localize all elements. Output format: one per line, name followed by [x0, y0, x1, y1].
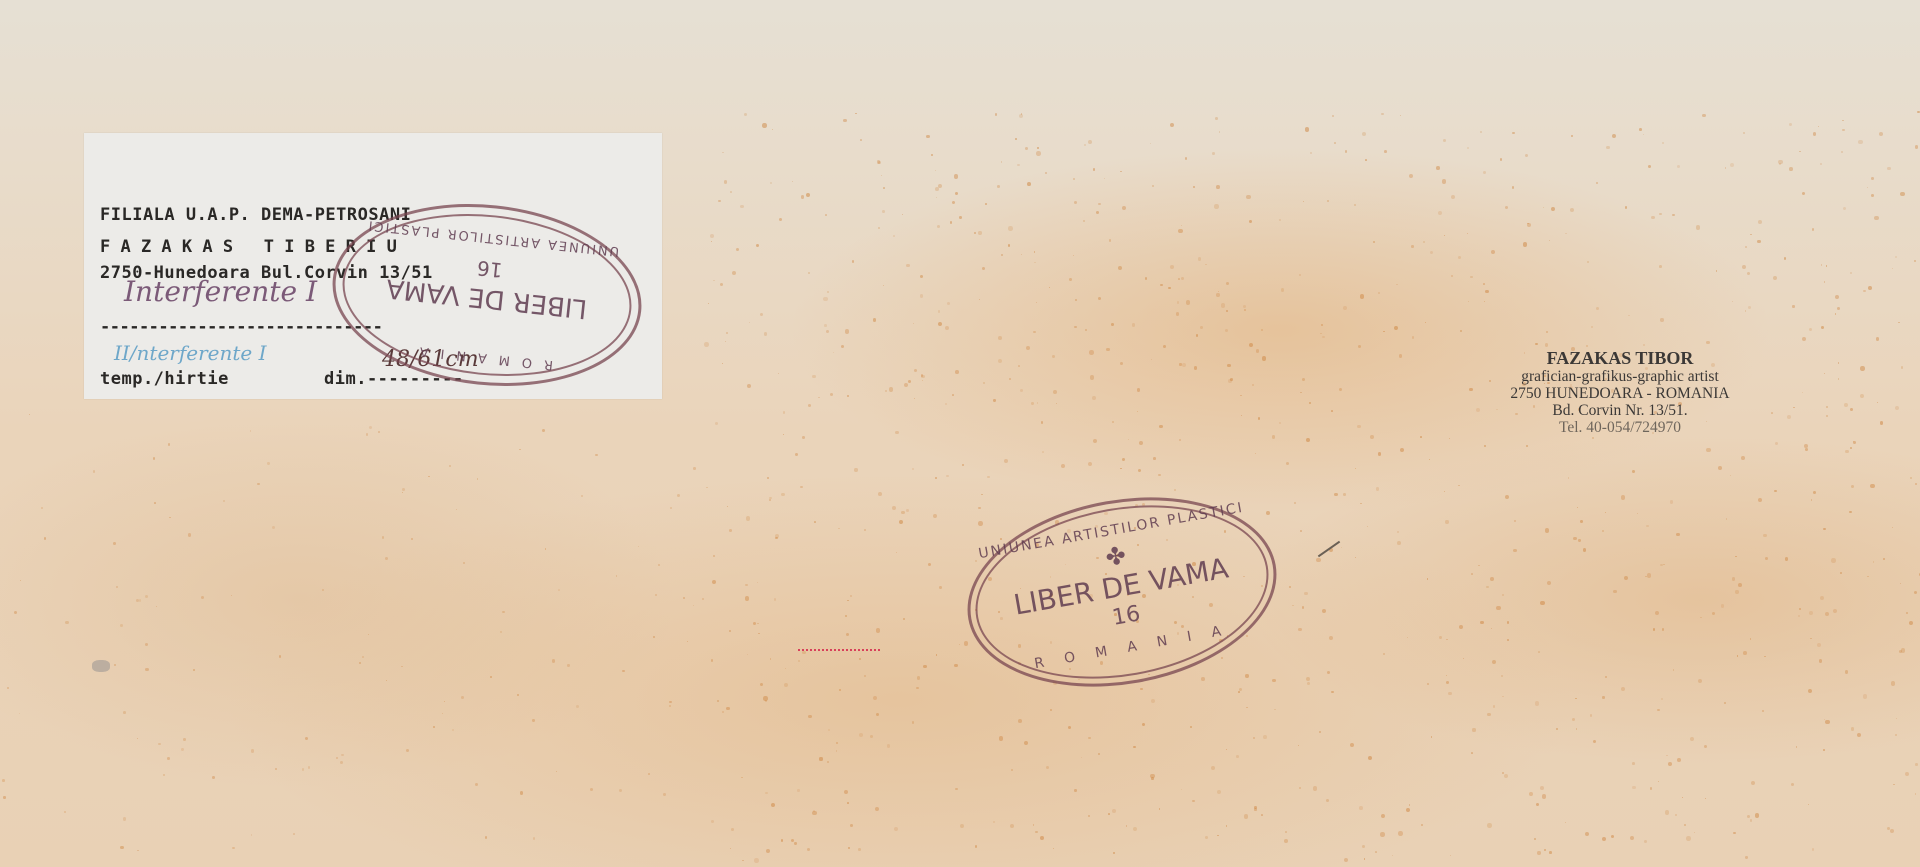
smudge-mark — [92, 660, 110, 672]
artist-street: Bd. Corvin Nr. 13/51. — [1460, 402, 1780, 419]
label-customs-stamp: ROMANIA LIBER DE VAMA 16 UNIUNEA ARTISTI… — [323, 189, 650, 400]
artist-name: FAZAKAS TIBOR — [1460, 350, 1780, 367]
artist-address-stamp: FAZAKAS TIBOR grafician-grafikus-graphic… — [1460, 350, 1780, 436]
artist-profession: grafician-grafikus-graphic artist — [1460, 368, 1780, 385]
label-handwritten-blue: II/nterferente I — [114, 341, 267, 365]
artist-phone: Tel. 40-054/724970 — [1460, 419, 1780, 436]
artist-city: 2750 HUNEDOARA - ROMANIA — [1460, 385, 1780, 402]
label-handwritten-title: Interferente I — [124, 275, 317, 308]
label-medium: temp./hirtie — [100, 369, 229, 389]
typed-label: FILIALA U.A.P. DEMA-PETROSANI F A Z A K … — [84, 133, 662, 399]
red-pencil-mark — [798, 649, 880, 651]
